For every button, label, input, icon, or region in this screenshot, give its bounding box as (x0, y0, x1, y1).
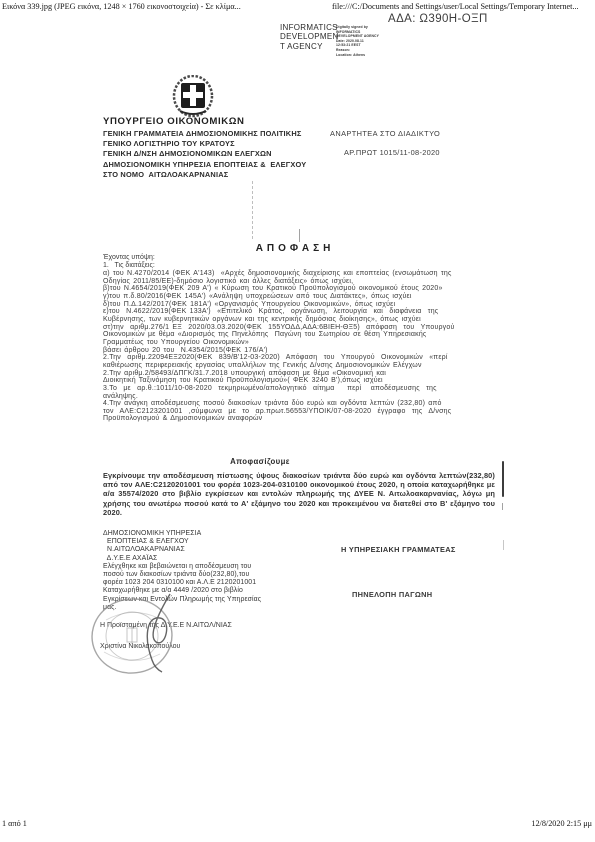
decision-title: ΑΠΟΦΑΣΗ (240, 243, 350, 254)
text-line: 2.Την αριθμ.22094ΕΞ2020(ΦΕΚ 839/Β'12-03-… (103, 354, 505, 362)
text-line: Διοικητική Ταξινόμηση του Κρατικού Προϋπ… (103, 377, 505, 385)
text-line: 3.Το με αρ.θ.:1011/10-08-2020 τεκμηριωμέ… (103, 385, 505, 393)
scanned-document: ΥΠΟΥΡΓΕΙΟ ΟΙΚΟΝΟΜΙΚΩΝ ΓΕΝΙΚΗ ΓΡΑΜΜΑΤΕΙΑ … (0, 0, 595, 842)
text-line: Κυβέρνησης, των κυβερνητικών οργάνων και… (103, 316, 505, 324)
text-line: ανάληψης. (103, 393, 505, 401)
approve-paragraph: Εγκρίνουμε την αποδέσμευση πίστωσης ύψου… (103, 471, 495, 517)
text-line: ΔΗΜΟΣΙΟΝΟΜΙΚΗ ΥΠΗΡΕΣΙΑ ΕΠΟΠΤΕΙΑΣ & ΕΛΕΓΧ… (103, 160, 306, 170)
approve-heading: Αποφασίζουμε (200, 457, 320, 466)
text-line: ΕΠΟΠΤΕΙΑΣ & ΕΛΕΓΧΟΥ (103, 538, 261, 546)
footer-datetime: 12/8/2020 2:15 μμ (531, 819, 592, 828)
scan-artifact-fold (252, 181, 253, 239)
text-line: 4.Την ανάγκη αποδέσμευσης ποσού διακοσίω… (103, 400, 505, 408)
having-regard-label: Έχοντας υπόψη: (103, 254, 155, 261)
print-preview-page: Εικόνα 339.jpg (JPEG εικόνα, 1248 × 1760… (0, 0, 595, 842)
text-line: ε)του Ν.4622/2019(ΦΕΚ 133Α') «Επιτελικό … (103, 308, 505, 316)
text-line: Ν.ΑΙΤΩΛΟΑΚΑΡΝΑΝΙΑΣ (103, 546, 261, 554)
ministry-name: ΥΠΟΥΡΓΕΙΟ ΟΙΚΟΝΟΜΙΚΩΝ (103, 116, 245, 127)
footer-page-number: 1 από 1 (2, 819, 27, 828)
publish-note: ΑΝΑΡΤΗΤΕΑ ΣΤΟ ΔΙΑΔΙΚΤΥΟ (330, 129, 440, 138)
text-line: ποσού των διακοσίων τριάντα δύο(232,80),… (103, 571, 261, 579)
round-stamp-icon (86, 590, 206, 685)
secretary-name: ΠΗΝΕΛΟΠΗ ΠΑΓΩΝΗ (352, 590, 432, 599)
scan-artifact-edge (502, 461, 504, 497)
decision-body: α) του Ν.4270/2014 (ΦΕΚ Α'143) «Αρχές δη… (103, 270, 505, 423)
signature-scribble-icon (147, 594, 170, 672)
secretary-title: Η ΥΠΗΡΕΣΙΑΚΗ ΓΡΑΜΜΑΤΕΑΣ (341, 545, 456, 554)
text-line: Προϋπολογισμού & Δημοσιονομικών αναφορών (103, 415, 505, 423)
text-line: ΓΕΝΙΚΟ ΛΟΓΙΣΤΗΡΙΟ ΤΟΥ ΚΡΑΤΟΥΣ (103, 139, 306, 149)
text-line: καθιέρωσης περιφερειακής εργασίας υπαλλή… (103, 362, 505, 370)
text-line: β)του Ν.4654/2019(ΦΕΚ 209 Α') « Κύρωση τ… (103, 285, 505, 293)
text-line: Ελέγχθηκε και βεβαιώνεται η αποδέσμευση … (103, 563, 261, 571)
text-line: ΔΗΜΟΣΙΟΝΟΜΙΚΗ ΥΠΗΡΕΣΙΑ (103, 530, 261, 538)
agency-header-lines: ΓΕΝΙΚΗ ΓΡΑΜΜΑΤΕΙΑ ΔΗΜΟΣΙΟΝΟΜΙΚΗΣ ΠΟΛΙΤΙΚ… (103, 129, 306, 180)
text-line: Οικονομικών με θέμα «Διορισμός της Πηνελ… (103, 331, 505, 339)
scan-artifact-mark (299, 229, 300, 242)
text-line: Γραμματέως του Υπουργείου Οικονομικών» (103, 339, 505, 347)
text-line: ΓΕΝΙΚΗ ΓΡΑΜΜΑΤΕΙΑ ΔΗΜΟΣΙΟΝΟΜΙΚΗΣ ΠΟΛΙΤΙΚ… (103, 129, 306, 139)
protocol-number: ΑΡ.ΠΡΩΤ 1015/11-08-2020 (344, 148, 440, 157)
scan-artifact-dot (503, 540, 504, 550)
text-line: Δ.Υ.Ε.Ε ΑΧΑΪΑΣ (103, 555, 261, 563)
text-line: ΣΤΟ ΝΟΜΟ ΑΙΤΩΛΟΑΚΑΡΝΑΝΙΑΣ (103, 170, 306, 180)
text-line: α) του Ν.4270/2014 (ΦΕΚ Α'143) «Αρχές δη… (103, 270, 505, 278)
scan-artifact-dot (502, 503, 503, 510)
text-line: ΓΕΝΙΚΗ Δ/ΝΣΗ ΔΗΜΟΣΙΟΝΟΜΙΚΩΝ ΕΛΕΓΧΩΝ (103, 149, 306, 159)
provisions-item: 1. Τις διατάξεις: (103, 262, 155, 269)
text-line: γ)του π.δ.80/2016(ΦΕΚ 145Α') «Ανάληψη υπ… (103, 293, 505, 301)
greek-emblem-icon (172, 75, 214, 119)
